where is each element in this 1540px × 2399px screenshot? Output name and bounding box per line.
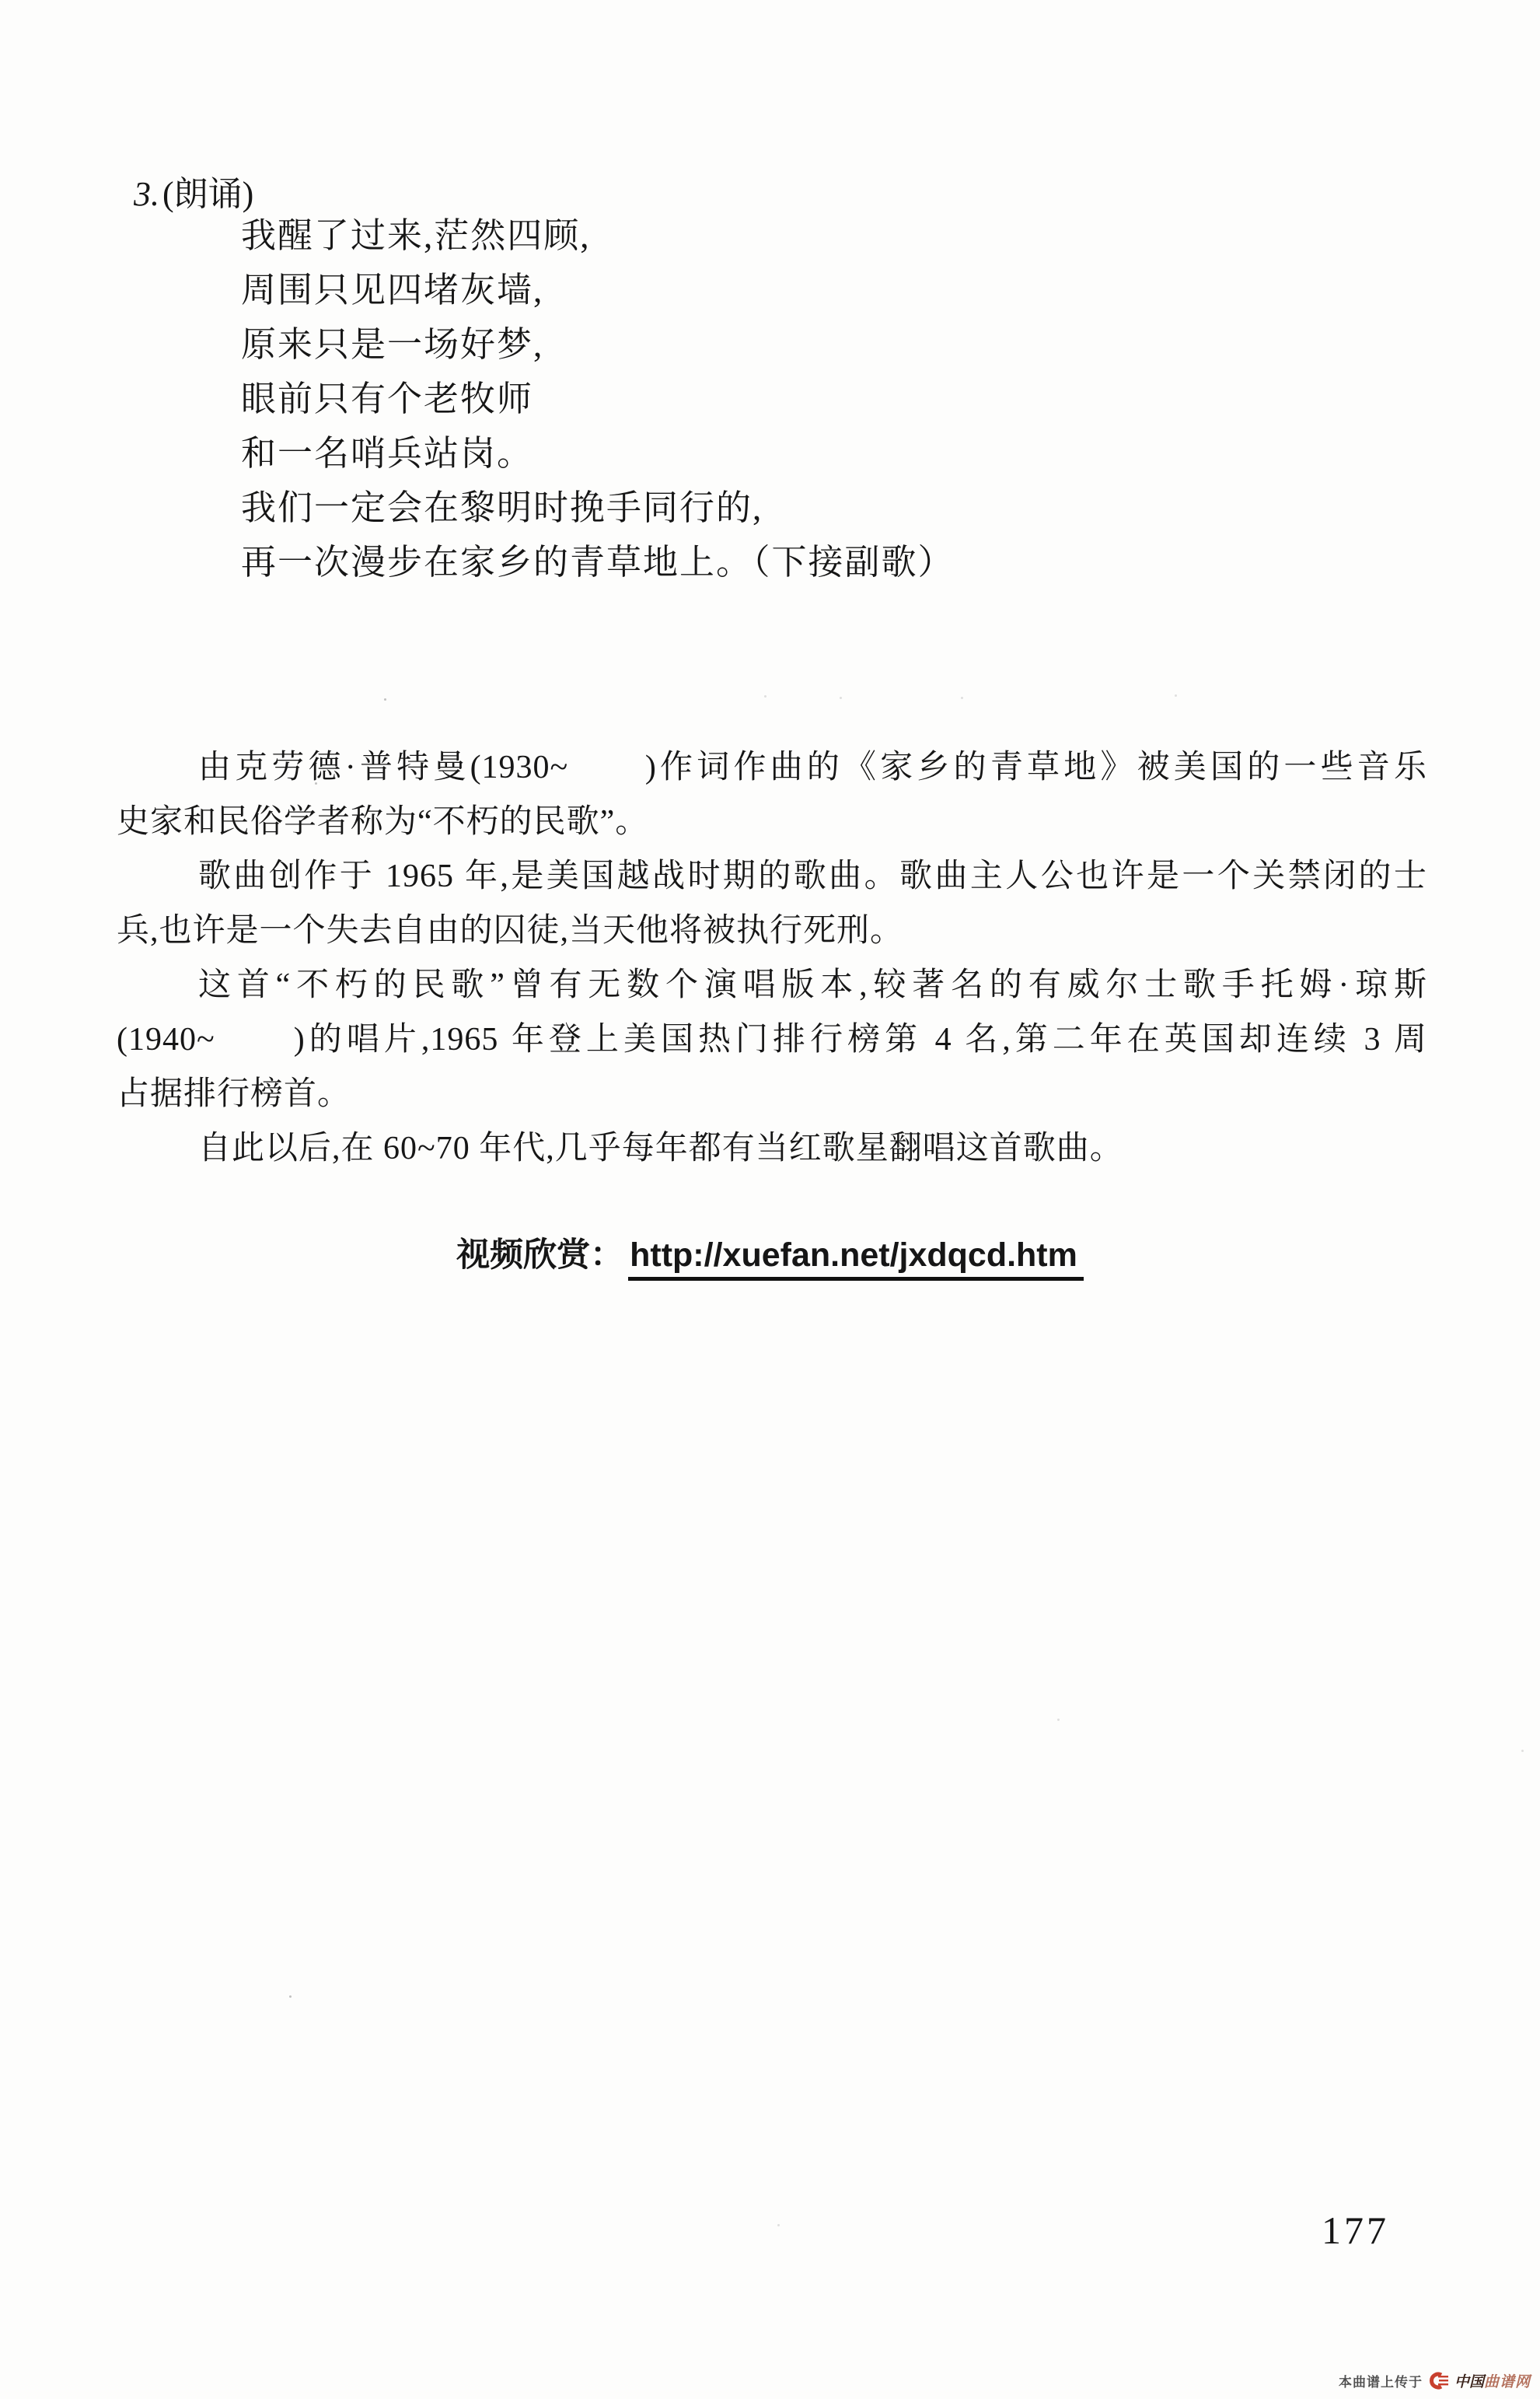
poem-line: 原来只是一场好梦, [241, 317, 955, 372]
commentary-line: 由克劳德·普特曼(1930~ )作词作曲的《家乡的青草地》被美国的一些音乐 [117, 740, 1427, 795]
commentary-line: 兵,也许是一个失去自由的囚徒,当天他将被执行死刑。 [117, 904, 1427, 958]
poem-line: 我们一定会在黎明时挽手同行的, [241, 481, 955, 535]
scan-speck [315, 782, 317, 785]
scan-speck [1175, 694, 1177, 697]
watermark-site-bold: 中国 [1454, 2374, 1484, 2390]
scan-speck [840, 697, 842, 699]
video-url-link[interactable]: http://xuefan.net/jxdqcd.htm [628, 1236, 1084, 1281]
commentary-line: 占据排行榜首。 [117, 1067, 1427, 1121]
poem-line: 再一次漫步在家乡的青草地上。（下接副歌） [241, 535, 955, 589]
scan-speck [1521, 1750, 1524, 1752]
commentary-line: 这首“不朽的民歌”曾有无数个演唱版本,较著名的有威尔士歌手托姆·琼斯 [117, 958, 1427, 1012]
watermark: 本曲谱上传于 中国曲谱网 [1339, 2367, 1531, 2394]
watermark-site-light: 曲谱网 [1484, 2374, 1531, 2390]
video-link-line: 视频欣赏：http://xuefan.net/jxdqcd.htm [0, 1232, 1540, 1278]
page-number: 177 [1322, 2207, 1389, 2254]
scan-speck [777, 2224, 780, 2226]
poem-line: 和一名哨兵站岗。 [241, 426, 955, 481]
recitation-label: (朗诵) [162, 175, 253, 213]
site-logo-icon [1428, 2372, 1449, 2390]
watermark-prefix: 本曲谱上传于 [1339, 2371, 1423, 2390]
scanned-page: 3.(朗诵) 我醒了过来,茫然四顾, 周围只见四堵灰墙, 原来只是一场好梦, 眼… [0, 0, 1540, 2399]
commentary-line: (1940~ )的唱片,1965 年登上美国热门排行榜第 4 名,第二年在英国却… [117, 1012, 1427, 1067]
recitation-number: 3. [134, 175, 159, 213]
commentary-line: 自此以后,在 60~70 年代,几乎每年都有当红歌星翻唱这首歌曲。 [117, 1121, 1427, 1176]
poem-line: 眼前只有个老牧师 [241, 372, 955, 426]
scan-speck [289, 1995, 292, 1998]
commentary-line: 歌曲创作于 1965 年,是美国越战时期的歌曲。歌曲主人公也许是一个关禁闭的士 [117, 849, 1427, 904]
recitation-heading: 3.(朗诵) [134, 173, 253, 216]
scan-speck [961, 697, 963, 699]
scan-speck [1057, 1719, 1060, 1721]
commentary: 由克劳德·普特曼(1930~ )作词作曲的《家乡的青草地》被美国的一些音乐 史家… [117, 740, 1427, 1176]
poem-line: 我醒了过来,茫然四顾, [241, 208, 955, 263]
video-label: 视频欣赏： [456, 1236, 623, 1274]
watermark-site: 中国曲谱网 [1454, 2370, 1531, 2391]
commentary-line: 史家和民俗学者称为“不朽的民歌”。 [117, 795, 1427, 849]
poem: 我醒了过来,茫然四顾, 周围只见四堵灰墙, 原来只是一场好梦, 眼前只有个老牧师… [241, 208, 955, 589]
scan-speck [384, 698, 386, 701]
poem-line: 周围只见四堵灰墙, [241, 263, 955, 317]
scan-speck [764, 695, 767, 698]
